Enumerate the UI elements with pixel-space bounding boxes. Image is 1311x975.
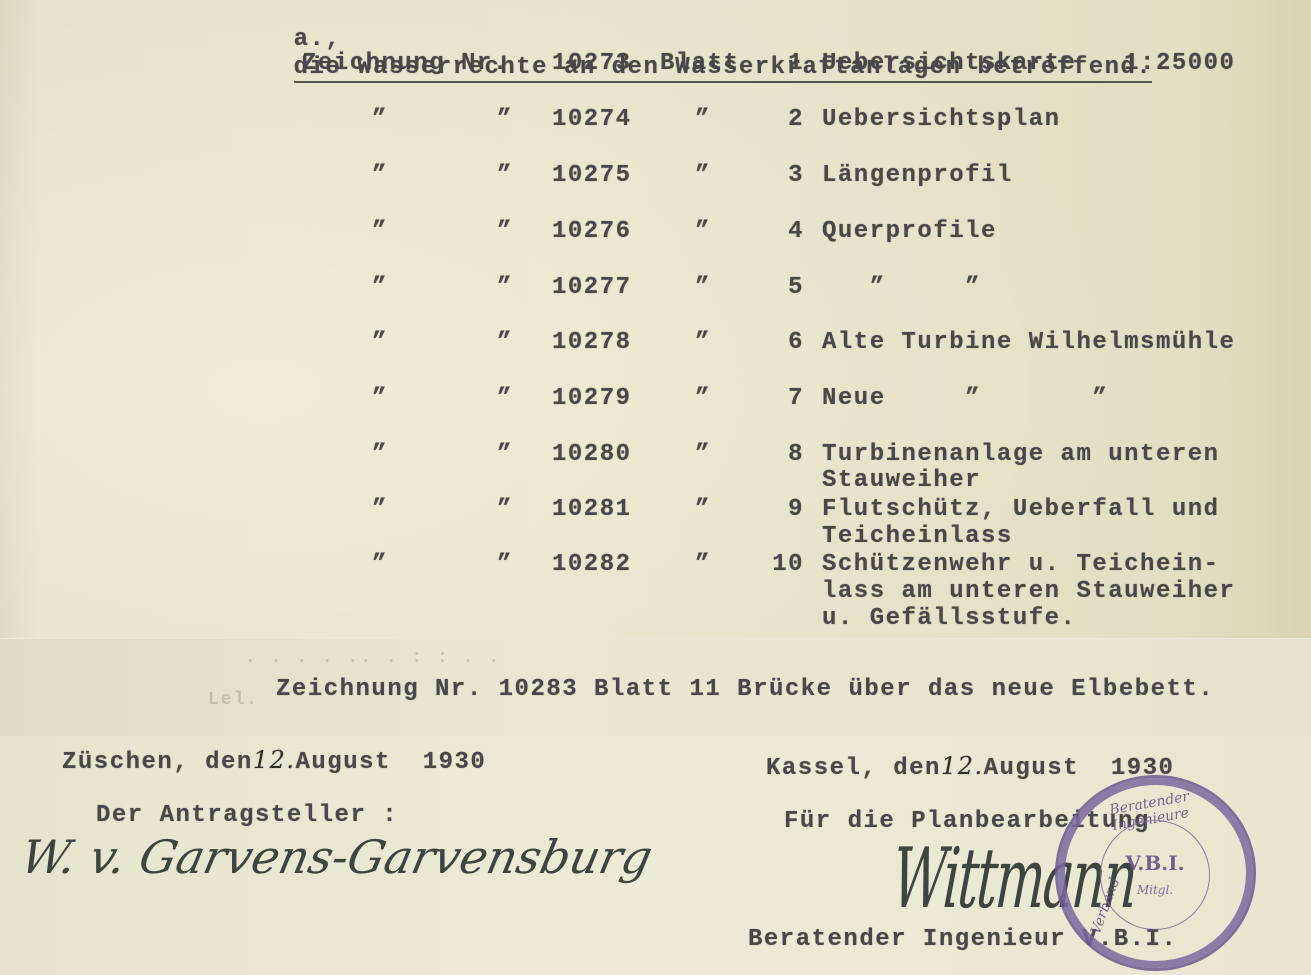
drawing-number: 10275 xyxy=(552,162,632,190)
drawing-number: 10282 xyxy=(552,551,632,579)
drawing-number: 10278 xyxy=(552,329,632,357)
ditto-mark: ” xyxy=(695,385,711,413)
ditto-mark: ” xyxy=(372,385,388,413)
ditto-mark: ” xyxy=(497,441,513,469)
drawing-description: Flutschütz, Ueberfall und xyxy=(822,496,1220,524)
ditto-mark: ” xyxy=(497,274,513,302)
drawing-description: Turbinenanlage am unteren xyxy=(822,441,1220,469)
drawing-description: ” ” xyxy=(822,274,981,302)
ditto-mark: ” xyxy=(695,218,711,246)
ditto-mark: ” xyxy=(497,218,513,246)
sheet-number: 10 xyxy=(760,551,804,579)
drawing-number: 10274 xyxy=(552,106,632,134)
drawing-row: ” ” 10277 ” 5 ” ” xyxy=(0,274,1311,302)
ditto-mark: ” xyxy=(695,274,711,302)
ditto-mark: ” xyxy=(695,162,711,190)
ditto-mark: ” xyxy=(497,162,513,190)
vbi-stamp: Beratender Ingenieure Verband V.B.I. Mit… xyxy=(1055,775,1256,971)
left-date-suffix: August 1930 xyxy=(296,749,487,776)
drawing-row: ” ” 10278 ” 6 Alte Turbine Wilhelmsmühle xyxy=(0,329,1311,357)
drawing-number: 10280 xyxy=(552,441,632,469)
left-day-handwritten: 12. xyxy=(253,746,296,774)
drawing-description: Neue ” ” xyxy=(822,385,1108,413)
left-date-line: Züschen, den12.August 1930 xyxy=(62,746,486,777)
ditto-mark: ” xyxy=(372,496,388,524)
sheet-number: 7 xyxy=(760,385,804,413)
sheet-number: 6 xyxy=(760,329,804,357)
ditto-mark: ” xyxy=(695,441,711,469)
drawing-description: Querprofile xyxy=(822,218,997,246)
sheet-number: 4 xyxy=(760,218,804,246)
heading-prefix: a., xyxy=(294,26,342,53)
left-place: Züschen, den xyxy=(62,749,253,776)
drawing-number: 10276 xyxy=(552,218,632,246)
ditto-mark: ” xyxy=(695,106,711,134)
stamp-center-text: V.B.I. xyxy=(1101,851,1209,875)
sheet-number: 8 xyxy=(760,441,804,469)
ditto-mark: ” xyxy=(372,551,388,579)
drawing-description-cont: lass am unteren Stauweiher xyxy=(822,578,1235,606)
ditto-mark: ” xyxy=(497,496,513,524)
drawing-description: Längenprofil xyxy=(822,162,1013,190)
ditto-mark: ” xyxy=(695,329,711,357)
drawing-label: Zeichnung Nr. xyxy=(302,50,509,78)
sheet-number: 1 xyxy=(760,50,804,78)
right-place: Kassel, den xyxy=(766,755,941,782)
sheet-number: 3 xyxy=(760,162,804,190)
drawing-row: Zeichnung Nr. 10273 Blatt 1 Uebersichtsk… xyxy=(0,50,1311,78)
drawing-row: ” ” 10279 ” 7 Neue ” ” xyxy=(0,385,1311,413)
sheet-number: 2 xyxy=(760,106,804,134)
ditto-mark: ” xyxy=(695,551,711,579)
faint-bleedthrough-text: . . . . .. . : : . . xyxy=(245,648,501,668)
document-page: a., die Wasserrechte an den Wasserkrafta… xyxy=(0,0,1311,975)
drawing-row: ” ” 10274 ” 2 Uebersichtsplan xyxy=(0,106,1311,134)
drawing-description-cont: u. Gefällsstufe. xyxy=(822,605,1076,633)
drawing-description-cont: Stauweiher xyxy=(822,467,981,495)
ditto-mark: ” xyxy=(497,106,513,134)
drawing-description: Uebersichtsplan xyxy=(822,106,1061,134)
drawing-description: Uebersichtskarte 1:25000 xyxy=(822,50,1235,78)
sheet-number: 9 xyxy=(760,496,804,524)
ditto-mark: ” xyxy=(372,106,388,134)
ditto-mark: ” xyxy=(497,551,513,579)
drawing-description: Schützenwehr u. Teichein- xyxy=(822,551,1220,579)
applicant-signature: W. v. Garvens-Garvensburg xyxy=(16,830,657,884)
stamp-sub-text: Mitgl. xyxy=(1101,883,1209,897)
blatt-label: Blatt xyxy=(660,50,740,78)
drawing-row: ” ” 10275 ” 3 Längenprofil xyxy=(0,162,1311,190)
ditto-mark: ” xyxy=(372,329,388,357)
sheet-number: 5 xyxy=(760,274,804,302)
drawing-row: ” ” 10276 ” 4 Querprofile xyxy=(0,218,1311,246)
ditto-mark: ” xyxy=(372,441,388,469)
faint-bleedthrough-text: Lel. xyxy=(208,690,259,710)
right-date-line: Kassel, den12.August 1930 xyxy=(766,752,1174,783)
drawing-number: 10277 xyxy=(552,274,632,302)
drawing-description-cont: Teicheinlass xyxy=(822,523,1013,551)
ditto-mark: ” xyxy=(695,496,711,524)
right-day-handwritten: 12. xyxy=(941,752,984,780)
stamp-inner-circle: V.B.I. Mitgl. xyxy=(1100,820,1210,930)
drawing-row: ” ” 10281 ” 9 Flutschütz, Ueberfall und … xyxy=(0,496,1311,524)
ditto-mark: ” xyxy=(372,218,388,246)
ditto-mark: ” xyxy=(497,385,513,413)
ditto-mark: ” xyxy=(372,274,388,302)
drawing-number: 10279 xyxy=(552,385,632,413)
extra-drawing-line: Zeichnung Nr. 10283 Blatt 11 Brücke über… xyxy=(276,676,1214,704)
drawing-number: 10281 xyxy=(552,496,632,524)
drawing-number: 10273 xyxy=(552,50,632,78)
ditto-mark: ” xyxy=(372,162,388,190)
drawing-description: Alte Turbine Wilhelmsmühle xyxy=(822,329,1235,357)
drawing-row: ” ” 10282 ” 10 Schützenwehr u. Teichein-… xyxy=(0,551,1311,579)
ditto-mark: ” xyxy=(497,329,513,357)
drawing-row: ” ” 10280 ” 8 Turbinenanlage am unteren … xyxy=(0,441,1311,469)
applicant-label: Der Antragsteller : xyxy=(96,802,398,830)
